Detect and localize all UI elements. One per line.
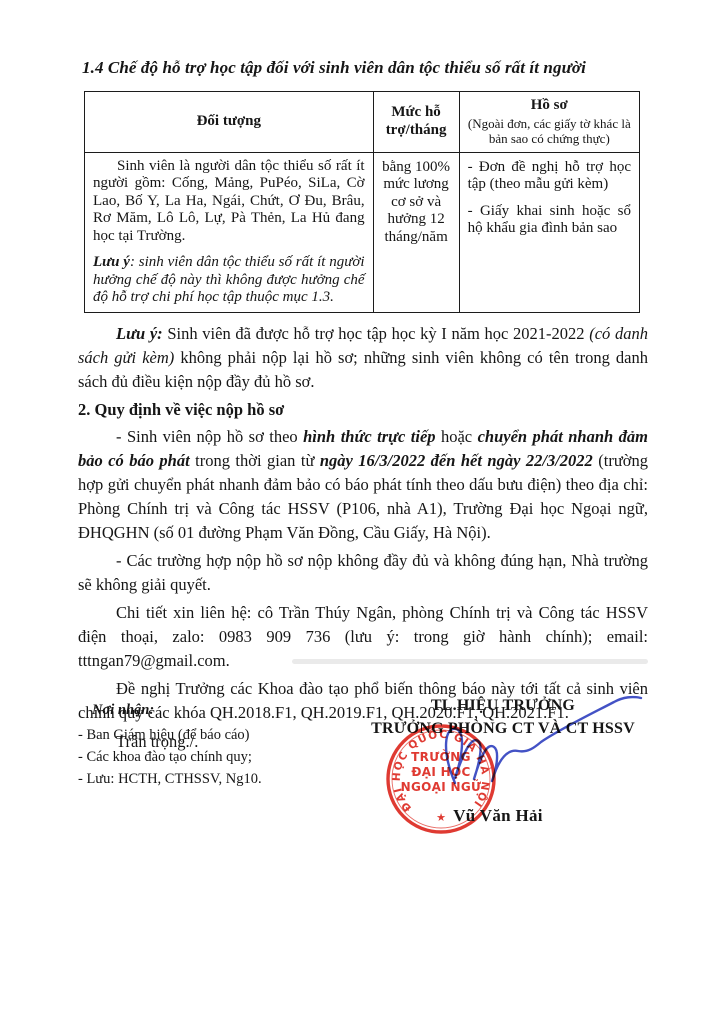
- submission-emph-direct: hình thức trực tiếp: [303, 427, 435, 446]
- submission-text-d: trong thời gian từ: [190, 451, 320, 470]
- col-header-muc-ho-tro: Mức hỗ trợ/tháng: [373, 92, 459, 153]
- col-header-ho-so: Hồ sơ (Ngoài đơn, các giấy tờ khác là bả…: [459, 92, 639, 153]
- recipients-title: Nơi nhận:: [92, 702, 358, 719]
- note-paragraph-text-a: Sinh viên đã được hỗ trợ học tập học kỳ …: [163, 324, 590, 343]
- table-body-row: Sinh viên là người dân tộc thiểu số rất …: [85, 152, 640, 312]
- submission-paragraph: - Sinh viên nộp hồ sơ theo hình thức trự…: [78, 425, 648, 545]
- table-header-row: Đối tượng Mức hỗ trợ/tháng Hồ sơ (Ngoài …: [85, 92, 640, 153]
- incomplete-paragraph: - Các trường hợp nộp hồ sơ nộp không đầy…: [78, 549, 648, 597]
- submission-emph-dates: ngày 16/3/2022 đến hết ngày 22/3/2022: [320, 451, 593, 470]
- document-page: 1.4 Chế độ hỗ trợ học tập đối với sinh v…: [0, 0, 724, 1024]
- cell-ho-so: - Đơn đề nghị hỗ trợ học tập (theo mẫu g…: [459, 152, 639, 312]
- recipient-item: - Các khoa đào tạo chính quy;: [78, 746, 358, 768]
- signature-stroke: [446, 697, 641, 783]
- subject-note: Lưu ý: sinh viên dân tộc thiểu số rất ít…: [93, 254, 365, 307]
- scan-artifact: [292, 659, 648, 664]
- recipients-block: Nơi nhận: - Ban Giám hiệu (để báo cáo) -…: [78, 702, 358, 790]
- recipient-item: - Lưu: HCTH, CTHSSV, Ng10.: [78, 768, 358, 790]
- section-2-heading: 2. Quy định về việc nộp hồ sơ: [78, 399, 648, 421]
- signatory-name: Vũ Văn Hải: [423, 806, 573, 826]
- subject-note-text: : sinh viên dân tộc thiểu số rất ít ngườ…: [93, 254, 365, 305]
- subject-text: Sinh viên là người dân tộc thiểu số rất …: [93, 158, 365, 246]
- col-header-doi-tuong: Đối tượng: [85, 92, 374, 153]
- recipient-item: - Ban Giám hiệu (để báo cáo): [78, 724, 358, 746]
- handwritten-signature: [425, 688, 650, 803]
- submission-text-a: - Sinh viên nộp hồ sơ theo: [116, 427, 303, 446]
- cell-muc-ho-tro: bằng 100% mức lương cơ sở và hưởng 12 th…: [373, 152, 459, 312]
- section-1-4-heading: 1.4 Chế độ hỗ trợ học tập đối với sinh v…: [82, 58, 648, 78]
- note-paragraph-label: Lưu ý:: [116, 324, 163, 343]
- document-content: 1.4 Chế độ hỗ trợ học tập đối với sinh v…: [78, 0, 648, 754]
- note-paragraph: Lưu ý: Sinh viên đã được hỗ trợ học tập …: [78, 322, 648, 394]
- required-doc-item: - Đơn đề nghị hỗ trợ học tập (theo mẫu g…: [468, 159, 631, 194]
- subject-note-label: Lưu ý: [93, 254, 130, 270]
- support-table: Đối tượng Mức hỗ trợ/tháng Hồ sơ (Ngoài …: [84, 91, 640, 313]
- required-doc-item: - Giấy khai sinh hoặc sổ hộ khẩu gia đìn…: [468, 203, 631, 238]
- col-header-ho-so-note: (Ngoài đơn, các giấy tờ khác là bản sao …: [466, 116, 633, 147]
- submission-text-c: hoặc: [436, 427, 478, 446]
- cell-doi-tuong: Sinh viên là người dân tộc thiểu số rất …: [85, 152, 374, 312]
- col-header-ho-so-title: Hồ sơ: [466, 97, 633, 115]
